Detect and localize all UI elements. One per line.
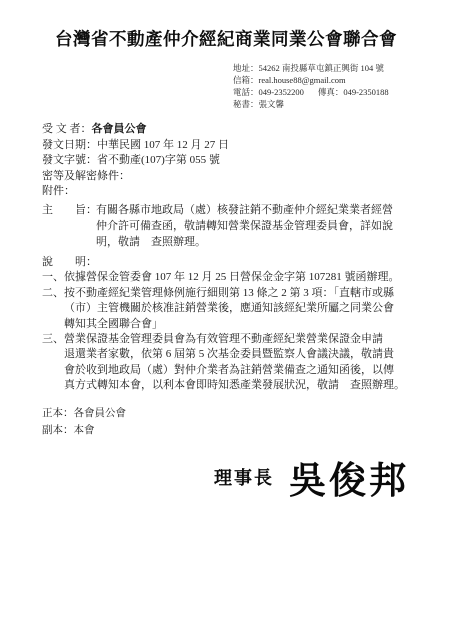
- issue-date-label: 發文日期：: [42, 139, 97, 151]
- contact-block: 地址：54262 南投縣草屯鎮正興街 104 號 信箱：real.house88…: [233, 62, 389, 110]
- recipient-value: 各會員公會: [92, 123, 147, 135]
- item-number: 二、: [42, 286, 64, 332]
- explanation-label: 說 明：: [42, 255, 405, 270]
- subject-line: 有關各縣市地政局（處）核發註銷不動產仲介經紀業業者經營: [96, 202, 393, 218]
- explanation-block: 說 明： 一、 依據營保金管委會 107 年 12 月 25 日營保金金字第 1…: [42, 255, 405, 394]
- phone-fax-line: 電話：049-2352200傳真：049-2350188: [233, 86, 389, 98]
- item-text: 營業保證基金管理委員會為有效管理不動產經紀業營業保證金申請 退還業者家數，依第 …: [64, 332, 405, 394]
- issue-date-value: 中華民國 107 年 12 月 27 日: [97, 139, 229, 151]
- recipient-row: 受 文 者：各會員公會: [42, 122, 229, 138]
- item-text: 依據營保金管委會 107 年 12 月 25 日營保金金字第 107281 號函…: [64, 270, 400, 285]
- distribution-block: 正本：各會員公會 副本：本會: [42, 406, 126, 439]
- duplicate-copy-line: 副本：本會: [42, 423, 126, 440]
- ref-number-label: 發文字號：: [42, 154, 97, 166]
- meta-block: 受 文 者：各會員公會 發文日期：中華民國 107 年 12 月 27 日 發文…: [42, 122, 229, 200]
- item-line: 營業保證基金管理委員會為有效管理不動產經紀業營業保證金申請: [64, 332, 405, 347]
- chairman-title: 理事長: [214, 464, 274, 490]
- item-line: 轉知其全國聯合會」: [64, 317, 394, 332]
- official-letter-page: 台灣省不動產仲介經紀商業同業公會聯合會 地址：54262 南投縣草屯鎮正興街 1…: [0, 0, 452, 640]
- secretary-line: 秘書：張文馨: [233, 98, 389, 110]
- subject-label: 主 旨：: [42, 202, 96, 250]
- email-line: 信箱：real.house88@gmail.com: [233, 74, 389, 86]
- attachment-row: 附件：: [42, 184, 229, 200]
- security-row: 密等及解密條件：: [42, 169, 229, 185]
- item-number: 一、: [42, 270, 64, 285]
- chairman-name: 吳俊邦: [289, 450, 409, 504]
- subject-block: 主 旨： 有關各縣市地政局（處）核發註銷不動產仲介經紀業業者經營 仲介許可備查函…: [42, 202, 393, 250]
- item-number: 三、: [42, 332, 64, 394]
- fax-value: 傳真：049-2350188: [318, 87, 389, 97]
- item-line: 依據營保金管委會 107 年 12 月 25 日營保金金字第 107281 號函…: [64, 270, 400, 285]
- subject-text: 有關各縣市地政局（處）核發註銷不動產仲介經紀業業者經營 仲介許可備查函，敬請轉知…: [96, 202, 393, 250]
- original-copy-line: 正本：各會員公會: [42, 406, 126, 423]
- ref-number-row: 發文字號：省不動產(107)字第 055 號: [42, 153, 229, 169]
- item-text: 按不動產經紀業管理條例施行細則第 13 條之 2 第 3 項：「直轄市或縣 （市…: [64, 286, 394, 332]
- subject-line: 仲介許可備查函，敬請轉知營業保證基金管理委員會，詳如說: [96, 218, 393, 234]
- ref-number-value: 省不動產(107)字第 055 號: [97, 154, 220, 166]
- item-line: 按不動產經紀業管理條例施行細則第 13 條之 2 第 3 項：「直轄市或縣: [64, 286, 394, 301]
- explanation-item-1: 一、 依據營保金管委會 107 年 12 月 25 日營保金金字第 107281…: [42, 270, 405, 285]
- explanation-item-3: 三、 營業保證基金管理委員會為有效管理不動產經紀業營業保證金申請 退還業者家數，…: [42, 332, 405, 394]
- phone-value: 電話：049-2352200: [233, 87, 304, 97]
- item-line: （市）主管機關於核准註銷營業後，應通知該經紀業所屬之同業公會: [64, 301, 394, 316]
- explanation-item-2: 二、 按不動產經紀業管理條例施行細則第 13 條之 2 第 3 項：「直轄市或縣…: [42, 286, 405, 332]
- item-line: 退還業者家數，依第 6 屆第 5 次基金委員暨監察人會議決議，敬請貴: [64, 347, 405, 362]
- address-line: 地址：54262 南投縣草屯鎮正興街 104 號: [233, 62, 389, 74]
- subject-line: 明，敬請 查照辦理。: [96, 234, 393, 250]
- signature-block: 理事長 吳俊邦: [214, 450, 409, 504]
- recipient-label: 受 文 者：: [42, 123, 92, 135]
- org-title: 台灣省不動產仲介經紀商業同業公會聯合會: [0, 26, 452, 51]
- issue-date-row: 發文日期：中華民國 107 年 12 月 27 日: [42, 138, 229, 154]
- item-line: 真方式轉知本會，以利本會即時知悉產業發展狀況，敬請 查照辦理。: [64, 378, 405, 393]
- item-line: 會於收到地政局（處）對仲介業者為註銷營業備查之通知函後，以傳: [64, 363, 405, 378]
